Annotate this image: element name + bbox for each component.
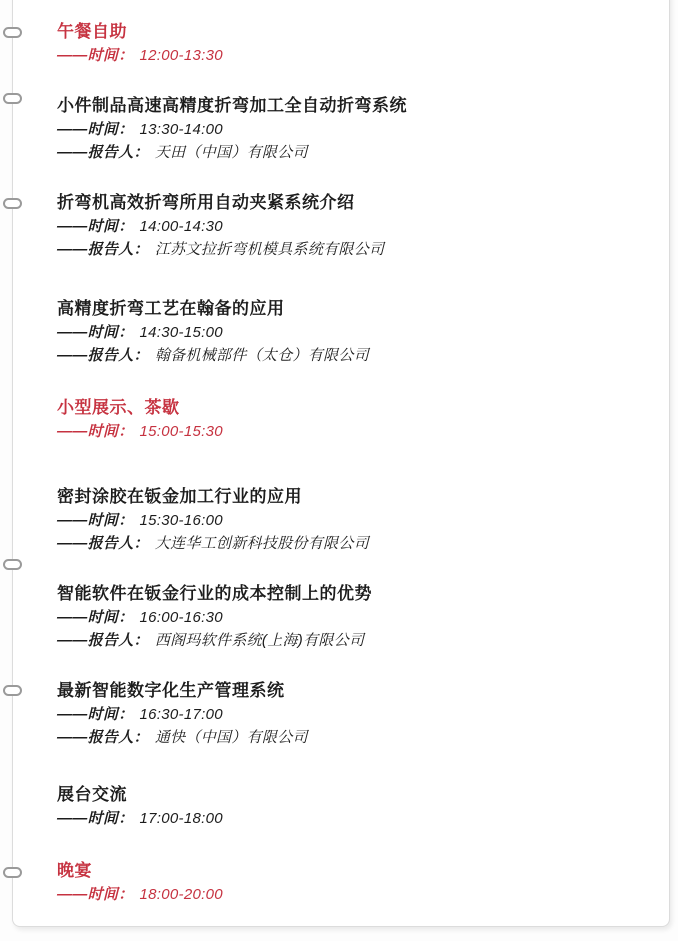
session-time-line: ——时间：14:30-15:00 — [57, 321, 629, 344]
presenter-label: ——报告人： — [57, 144, 149, 161]
session-presenter-line: ——报告人：通快（中国）有限公司 — [57, 726, 629, 749]
session-title: 智能软件在钣金行业的成本控制上的优势 — [57, 582, 629, 606]
time-label: ——时间： — [57, 47, 134, 64]
time-value: 14:30-15:00 — [140, 324, 223, 341]
presenter-label: ——报告人： — [57, 347, 149, 364]
agenda-page: 午餐自助 ——时间：12:00-13:30 小件制品高速高精度折弯加工全自动折弯… — [12, 0, 670, 927]
time-value: 16:00-16:30 — [140, 609, 223, 626]
agenda-item-talk-4: 密封涂胶在钣金加工行业的应用 ——时间：15:30-16:00 ——报告人：大连… — [57, 485, 629, 555]
agenda-item-talk-6: 最新智能数字化生产管理系统 ——时间：16:30-17:00 ——报告人：通快（… — [57, 679, 629, 749]
presenter-label: ——报告人： — [57, 632, 149, 649]
presenter-label: ——报告人： — [57, 241, 149, 258]
time-label: ——时间： — [57, 121, 134, 138]
time-value: 15:00-15:30 — [140, 423, 223, 440]
time-label: ——时间： — [57, 609, 134, 626]
session-presenter-line: ——报告人：西阁玛软件系统(上海)有限公司 — [57, 629, 629, 652]
session-time-line: ——时间：16:00-16:30 — [57, 606, 629, 629]
session-title: 展台交流 — [57, 783, 629, 807]
agenda-item-booth-exchange: 展台交流 ——时间：17:00-18:00 — [57, 783, 629, 830]
time-value: 15:30-16:00 — [140, 512, 223, 529]
session-title: 晚宴 — [57, 859, 629, 883]
presenter-name: 江苏文拉折弯机模具系统有限公司 — [155, 241, 385, 258]
session-time-line: ——时间：12:00-13:30 — [57, 44, 629, 67]
agenda-item-tea-break: 小型展示、茶歇 ——时间：15:00-15:30 — [57, 396, 629, 443]
agenda-item-dinner: 晚宴 ——时间：18:00-20:00 — [57, 859, 629, 906]
session-presenter-line: ——报告人：翰备机械部件（太仓）有限公司 — [57, 344, 629, 367]
agenda-item-lunch: 午餐自助 ——时间：12:00-13:30 — [57, 20, 629, 67]
session-presenter-line: ——报告人：天田（中国）有限公司 — [57, 141, 629, 164]
session-title: 小型展示、茶歇 — [57, 396, 629, 420]
presenter-name: 通快（中国）有限公司 — [155, 729, 308, 746]
session-time-line: ——时间：13:30-14:00 — [57, 118, 629, 141]
session-time-line: ——时间：17:00-18:00 — [57, 807, 629, 830]
binder-ring — [3, 198, 22, 209]
presenter-name: 大连华工创新科技股份有限公司 — [155, 535, 369, 552]
time-value: 13:30-14:00 — [140, 121, 223, 138]
time-label: ——时间： — [57, 810, 134, 827]
article-canvas: 午餐自助 ——时间：12:00-13:30 小件制品高速高精度折弯加工全自动折弯… — [0, 0, 678, 941]
time-value: 17:00-18:00 — [140, 810, 223, 827]
binder-ring — [3, 685, 22, 696]
session-presenter-line: ——报告人：大连华工创新科技股份有限公司 — [57, 532, 629, 555]
time-label: ——时间： — [57, 324, 134, 341]
session-time-line: ——时间：15:00-15:30 — [57, 420, 629, 443]
agenda-item-talk-3: 高精度折弯工艺在翰备的应用 ——时间：14:30-15:00 ——报告人：翰备机… — [57, 297, 629, 367]
time-value: 16:30-17:00 — [140, 706, 223, 723]
time-label: ——时间： — [57, 423, 134, 440]
session-time-line: ——时间：15:30-16:00 — [57, 509, 629, 532]
binder-ring — [3, 867, 22, 878]
time-value: 14:00-14:30 — [140, 218, 223, 235]
session-title: 午餐自助 — [57, 20, 629, 44]
time-label: ——时间： — [57, 218, 134, 235]
time-label: ——时间： — [57, 706, 134, 723]
session-title: 高精度折弯工艺在翰备的应用 — [57, 297, 629, 321]
presenter-name: 翰备机械部件（太仓）有限公司 — [155, 347, 369, 364]
session-title: 最新智能数字化生产管理系统 — [57, 679, 629, 703]
session-title: 密封涂胶在钣金加工行业的应用 — [57, 485, 629, 509]
session-title: 小件制品高速高精度折弯加工全自动折弯系统 — [57, 94, 629, 118]
binder-ring — [3, 27, 22, 38]
time-label: ——时间： — [57, 886, 134, 903]
time-value: 18:00-20:00 — [140, 886, 223, 903]
agenda-item-talk-5: 智能软件在钣金行业的成本控制上的优势 ——时间：16:00-16:30 ——报告… — [57, 582, 629, 652]
time-value: 12:00-13:30 — [140, 47, 223, 64]
agenda-item-talk-1: 小件制品高速高精度折弯加工全自动折弯系统 ——时间：13:30-14:00 ——… — [57, 94, 629, 164]
session-time-line: ——时间：18:00-20:00 — [57, 883, 629, 906]
agenda-item-talk-2: 折弯机高效折弯所用自动夹紧系统介绍 ——时间：14:00-14:30 ——报告人… — [57, 191, 629, 261]
binder-ring — [3, 93, 22, 104]
presenter-name: 天田（中国）有限公司 — [155, 144, 308, 161]
presenter-name: 西阁玛软件系统(上海)有限公司 — [155, 632, 365, 649]
presenter-label: ——报告人： — [57, 535, 149, 552]
time-label: ——时间： — [57, 512, 134, 529]
binder-ring — [3, 559, 22, 570]
session-presenter-line: ——报告人：江苏文拉折弯机模具系统有限公司 — [57, 238, 629, 261]
session-time-line: ——时间：16:30-17:00 — [57, 703, 629, 726]
session-title: 折弯机高效折弯所用自动夹紧系统介绍 — [57, 191, 629, 215]
session-time-line: ——时间：14:00-14:30 — [57, 215, 629, 238]
presenter-label: ——报告人： — [57, 729, 149, 746]
